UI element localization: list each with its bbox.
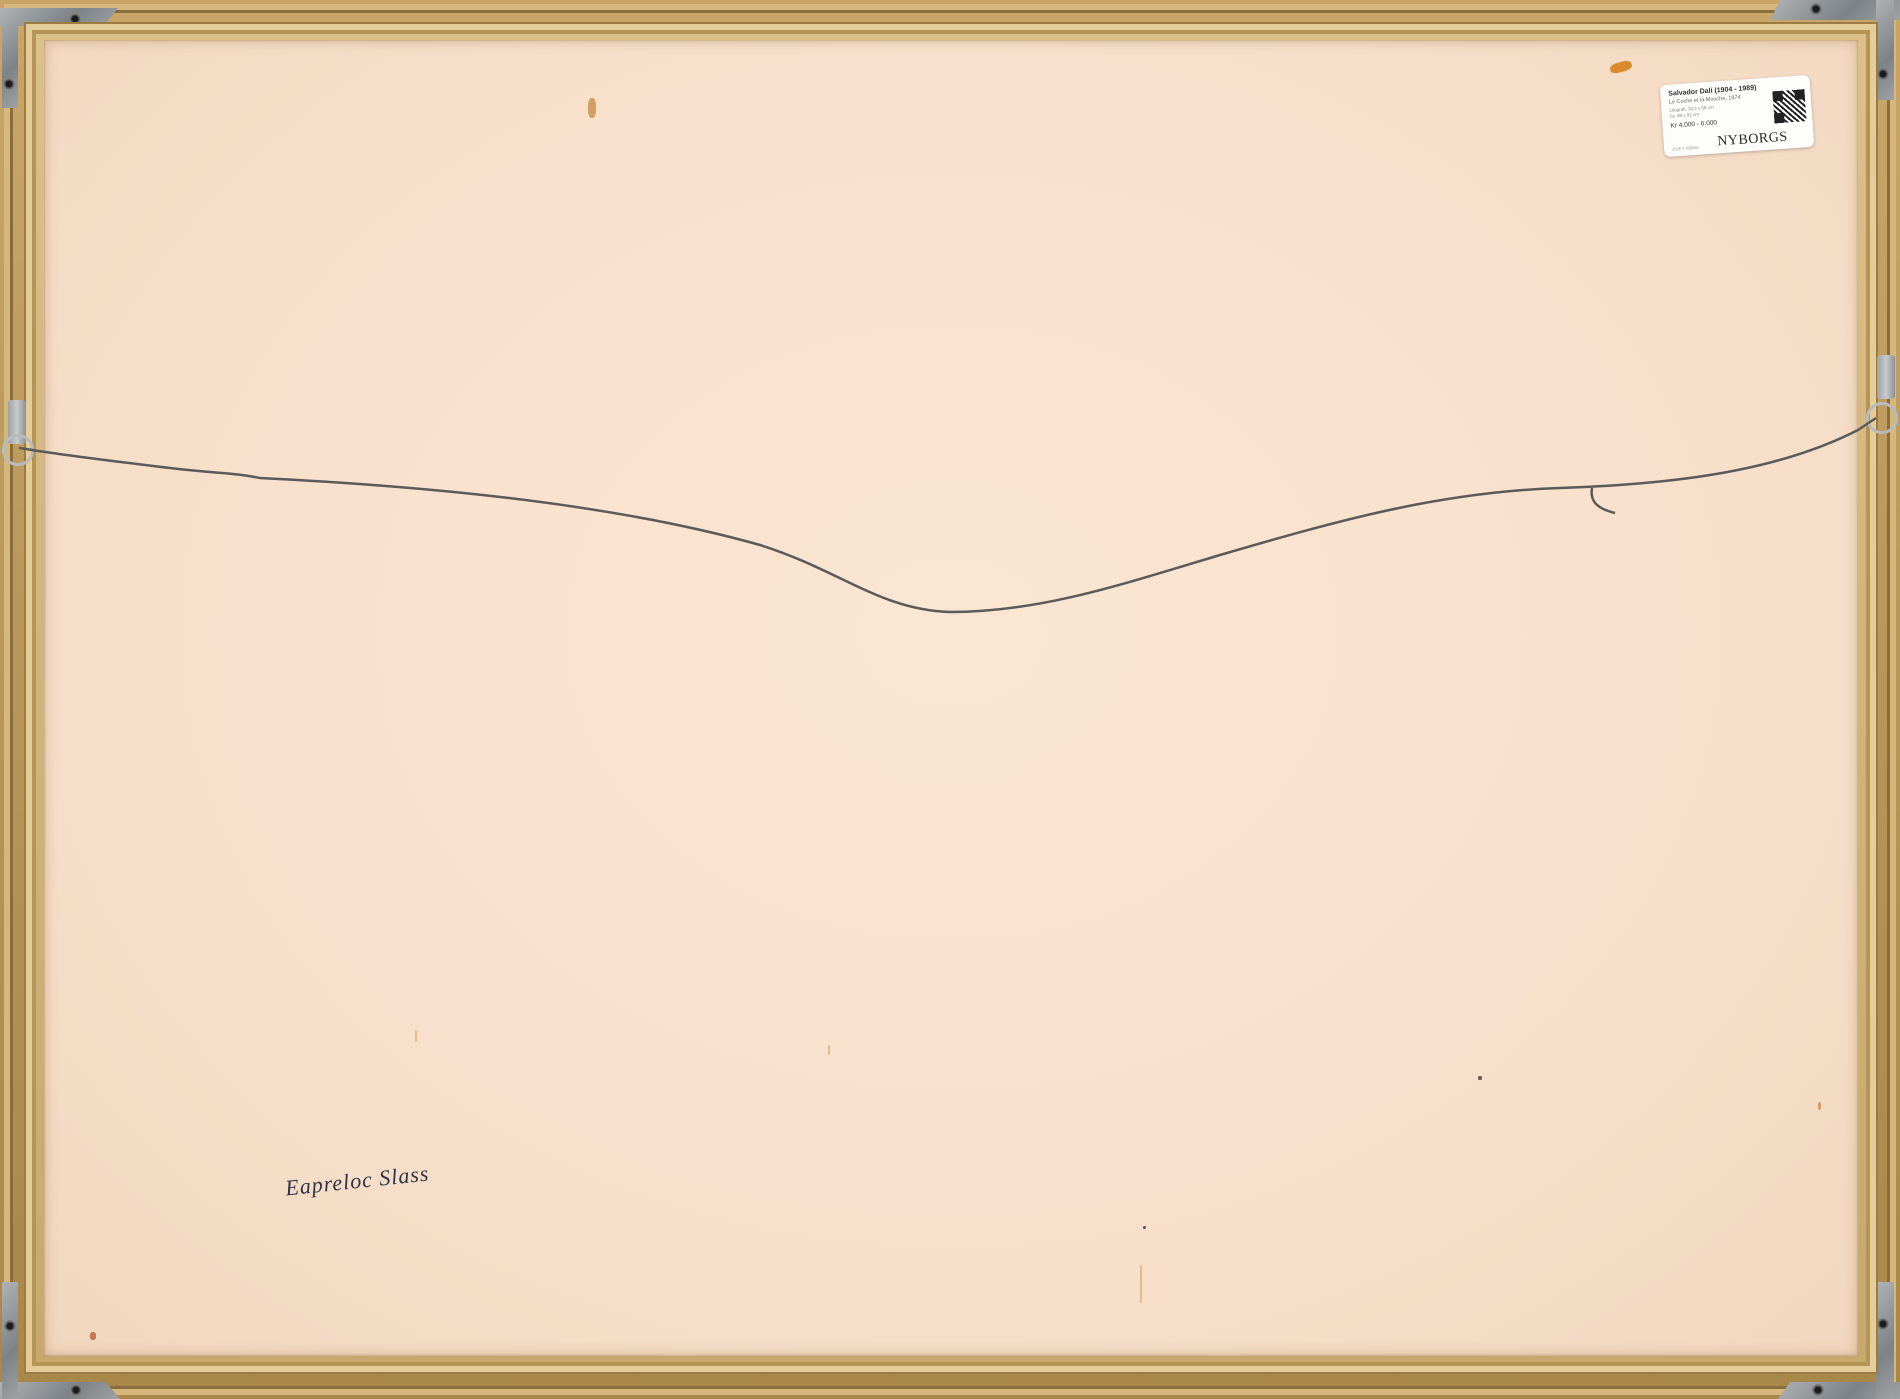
auction-label: Salvador Dalí (1904 - 1989) Le Coche et … xyxy=(1660,75,1815,157)
label-brand: NYBORGS xyxy=(1717,130,1788,151)
qr-code-icon xyxy=(1772,89,1806,123)
label-footer: 2026 # 939565 xyxy=(1672,145,1699,152)
